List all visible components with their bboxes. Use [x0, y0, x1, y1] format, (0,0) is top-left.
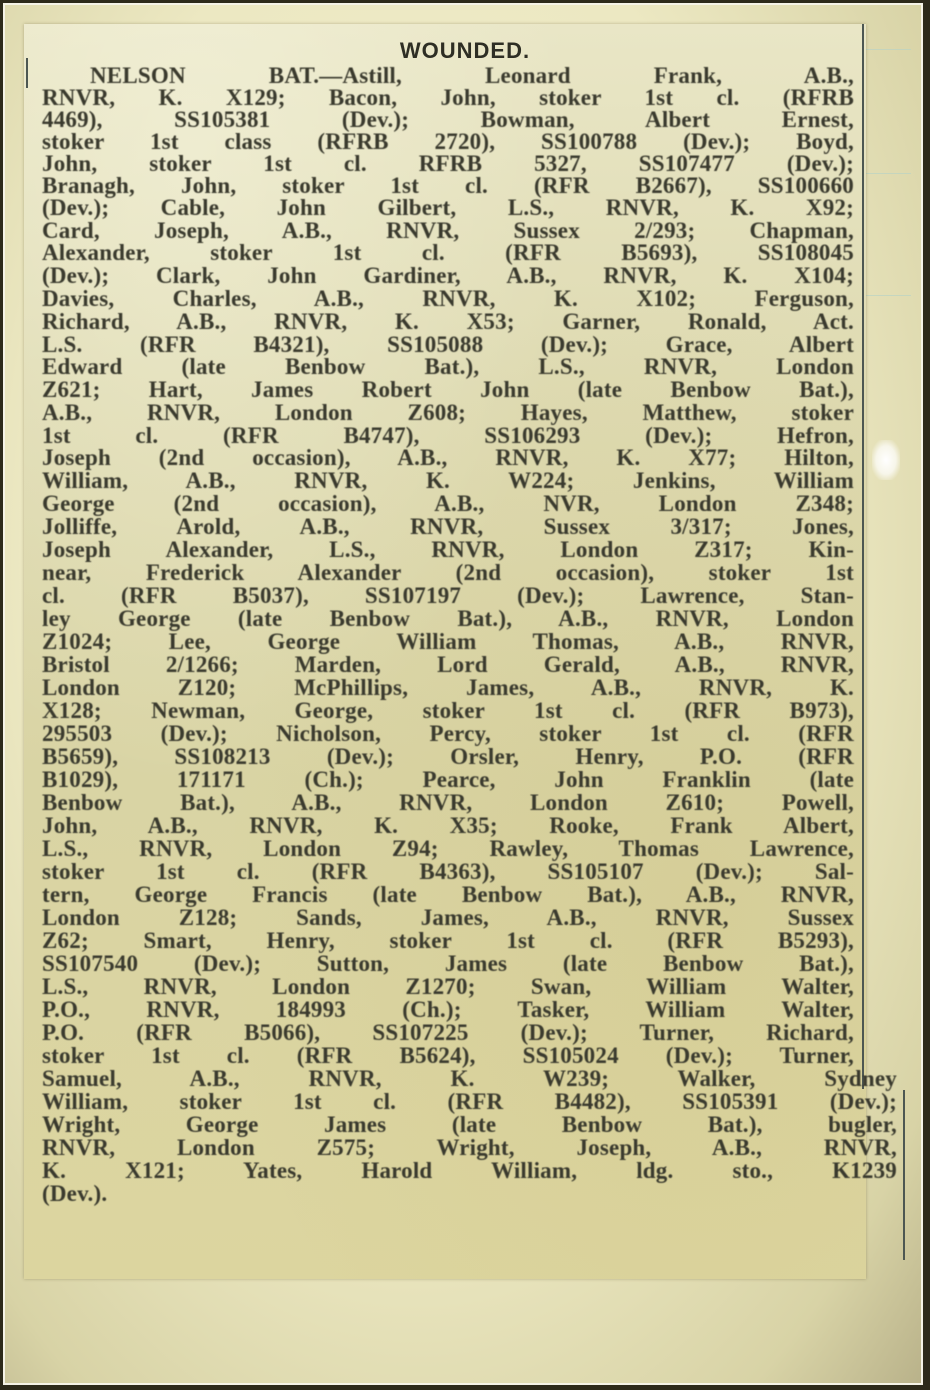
text-line: George (2nd occasion), A.B., NVR, London…	[42, 492, 854, 516]
text-line: RNVR, London Z575; Wright, Joseph, A.B.,…	[42, 1136, 897, 1160]
text-line: stoker 1st cl. (RFR B5624), SS105024 (De…	[42, 1044, 854, 1068]
text-line: P.O. (RFR B5066), SS107225 (Dev.); Turne…	[42, 1021, 854, 1045]
clipping-heading: WOUNDED.	[0, 38, 930, 64]
text-line: B5659), SS108213 (Dev.); Orsler, Henry, …	[42, 745, 854, 769]
text-line: stoker 1st cl. (RFR B4363), SS105107 (De…	[42, 860, 854, 884]
text-line: SS107540 (Dev.); Sutton, James (late Ben…	[42, 952, 854, 976]
text-line: L.S., RNVR, London Z1270; Swan, William …	[42, 975, 854, 999]
text-line: near, Frederick Alexander (2nd occasion)…	[42, 561, 854, 585]
text-line: London Z128; Sands, James, A.B., RNVR, S…	[42, 906, 854, 930]
text-line: Benbow Bat.), A.B., RNVR, London Z610; P…	[42, 791, 854, 815]
light-glare	[872, 440, 900, 480]
column-rule	[903, 1090, 905, 1260]
text-line: (Dev.).	[42, 1182, 854, 1206]
text-line: Wright, George James (late Benbow Bat.),…	[42, 1113, 897, 1137]
text-line: P.O., RNVR, 184993 (Ch.); Tasker, Willia…	[42, 998, 854, 1022]
text-line: Jolliffe, Arold, A.B., RNVR, Sussex 3/31…	[42, 515, 854, 539]
text-line: L.S., RNVR, London Z94; Rawley, Thomas L…	[42, 837, 854, 861]
text-line: tern, George Francis (late Benbow Bat.),…	[42, 883, 854, 907]
text-line: Bristol 2/1266; Marden, Lord Gerald, A.B…	[42, 653, 854, 677]
text-line: Samuel, A.B., RNVR, K. W239; Walker, Syd…	[42, 1067, 897, 1091]
text-line: Joseph Alexander, L.S., RNVR, London Z31…	[42, 538, 854, 562]
text-line: cl. (RFR B5037), SS107197 (Dev.); Lawren…	[42, 584, 854, 608]
text-line: B1029), 171171 (Ch.); Pearce, John Frank…	[42, 768, 854, 792]
text-line: Z62; Smart, Henry, stoker 1st cl. (RFR B…	[42, 929, 854, 953]
text-line: K. X121; Yates, Harold William, ldg. sto…	[42, 1159, 897, 1183]
text-line: ley George (late Benbow Bat.), A.B., RNV…	[42, 607, 854, 631]
text-line: London Z120; McPhillips, James, A.B., RN…	[42, 676, 854, 700]
text-line: Joseph (2nd occasion), A.B., RNVR, K. X7…	[42, 446, 854, 470]
column-rule	[862, 24, 864, 1089]
text-line: Alexander, stoker 1st cl. (RFR B5693), S…	[42, 241, 854, 265]
text-line: 295503 (Dev.); Nicholson, Percy, stoker …	[42, 722, 854, 746]
text-line: (Dev.); Clark, John Gardiner, A.B., RNVR…	[42, 264, 854, 288]
text-line: William, stoker 1st cl. (RFR B4482), SS1…	[42, 1090, 897, 1114]
text-line: Z1024; Lee, George William Thomas, A.B.,…	[42, 630, 854, 654]
text-line: Z621; Hart, James Robert John (late Benb…	[42, 378, 854, 402]
text-line: Richard, A.B., RNVR, K. X53; Garner, Ron…	[42, 310, 854, 334]
text-line: X128; Newman, George, stoker 1st cl. (RF…	[42, 699, 854, 723]
text-line: William, A.B., RNVR, K. W224; Jenkins, W…	[42, 469, 854, 493]
text-line: (Dev.); Cable, John Gilbert, L.S., RNVR,…	[42, 196, 854, 220]
text-line: A.B., RNVR, London Z608; Hayes, Matthew,…	[42, 401, 854, 425]
text-line: John, A.B., RNVR, K. X35; Rooke, Frank A…	[42, 814, 854, 838]
text-line: Davies, Charles, A.B., RNVR, K. X102; Fe…	[42, 287, 854, 311]
text-line: Edward (late Benbow Bat.), L.S., RNVR, L…	[42, 355, 854, 379]
